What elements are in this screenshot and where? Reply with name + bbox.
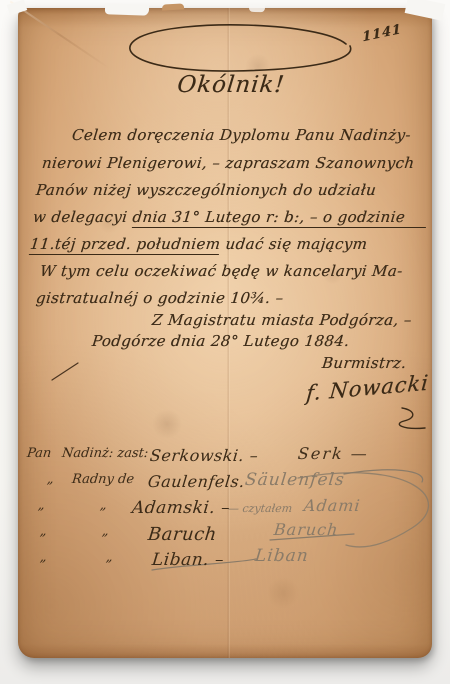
attendee-row: „ „ Liban. – Liban: [18, 550, 432, 576]
body-line-text: Celem doręczenia Dyplomu Panu Nadinży-: [71, 126, 412, 144]
closing-role: Burmistrz.: [321, 354, 407, 372]
attendee-signature: Adami: [303, 496, 362, 515]
body-line-text: Panów niżej wyszczególnionych do udziału: [35, 181, 377, 199]
body-line-text: W tym celu oczekiwać będę w kancelaryi M…: [39, 262, 404, 280]
attendee-signature: Baruch: [273, 520, 340, 539]
attendee-row: „ „ Adamski. – — czytałem Adami: [18, 498, 432, 524]
stray-ink-mark: [52, 363, 78, 380]
attendee-ditto: „: [99, 498, 107, 513]
attendee-ditto: „: [39, 550, 47, 565]
attendee-name: Gaulenfels.: [147, 472, 246, 491]
attendee-name: Baruch: [147, 524, 218, 545]
attendee-signature: Serk —: [297, 444, 370, 463]
body-line: w delegacyi dnia 31° Lutego r: b:, – o g…: [32, 208, 428, 226]
attendee-pencil-note: — czytałem: [227, 502, 293, 515]
scanned-document-scene: 1141 Okólnik! Celem doręczenia Dyplomu P…: [0, 0, 450, 684]
page-title: Okólnik!: [115, 72, 348, 98]
mayor-signature: f. Nowacki: [305, 370, 430, 405]
attendee-signature: Säulenfels: [244, 470, 346, 490]
attendee-ditto: „: [46, 472, 54, 487]
attendee-row: „ Radny de Gaulenfels. Säulenfels: [18, 472, 432, 498]
attendee-ditto: „: [101, 524, 109, 539]
attendee-name: Serkowski. –: [149, 446, 259, 465]
closing-dateline: Podgórze dnia 28° Lutego 1884.: [91, 332, 350, 350]
corner-crease: [10, 1, 111, 70]
body-line: Panów niżej wyszczególnionych do udziału: [35, 181, 377, 199]
closing-origin: Z Magistratu miasta Podgórza, –: [151, 311, 413, 329]
body-line: Celem doręczenia Dyplomu Panu Nadinży-: [71, 126, 412, 144]
body-line: W tym celu oczekiwać będę w kancelaryi M…: [39, 262, 404, 280]
attendee-title: Nadinż: zast:: [61, 446, 149, 461]
document-paper: 1141 Okólnik! Celem doręczenia Dyplomu P…: [18, 8, 432, 658]
body-line: nierowi Plenigerowi, – zapraszam Szanown…: [41, 154, 415, 172]
attendee-name: Liban. –: [151, 550, 225, 570]
attendee-signature: Liban: [254, 546, 310, 566]
attendee-title: Radny de: [71, 472, 135, 487]
attendee-ditto: „: [39, 524, 47, 539]
signature-flourish: [399, 408, 425, 428]
attendee-row: Pan Nadinż: zast: Serkowski. – Serk —: [18, 446, 432, 472]
folio-number: 1141: [362, 22, 402, 45]
attendee-ditto: „: [105, 550, 113, 565]
body-line: gistratualnéj o godzinie 10¾. –: [35, 289, 284, 307]
body-line-text: gistratualnéj o godzinie 10¾. –: [35, 289, 284, 307]
attendee-name: Adamski. –: [131, 498, 231, 518]
body-line-text: nierowi Plenigerowi, – zapraszam Szanown…: [41, 154, 415, 172]
title-flourish: [130, 25, 351, 71]
attendee-ditto: „: [37, 498, 45, 513]
underlined-time-phrase: 11.téj przed. południem: [29, 235, 221, 255]
body-line: 11.téj przed. południem udać się mającym: [29, 235, 368, 253]
attendee-prefix: Pan: [26, 446, 52, 461]
attendee-row: „ „ Baruch Baruch: [18, 524, 432, 550]
body-line-text: w delegacyi: [32, 208, 133, 226]
body-line-text: udać się mającym: [219, 235, 368, 253]
underlined-date-phrase: dnia 31° Lutego r: b:, – o godzinie: [131, 208, 428, 228]
